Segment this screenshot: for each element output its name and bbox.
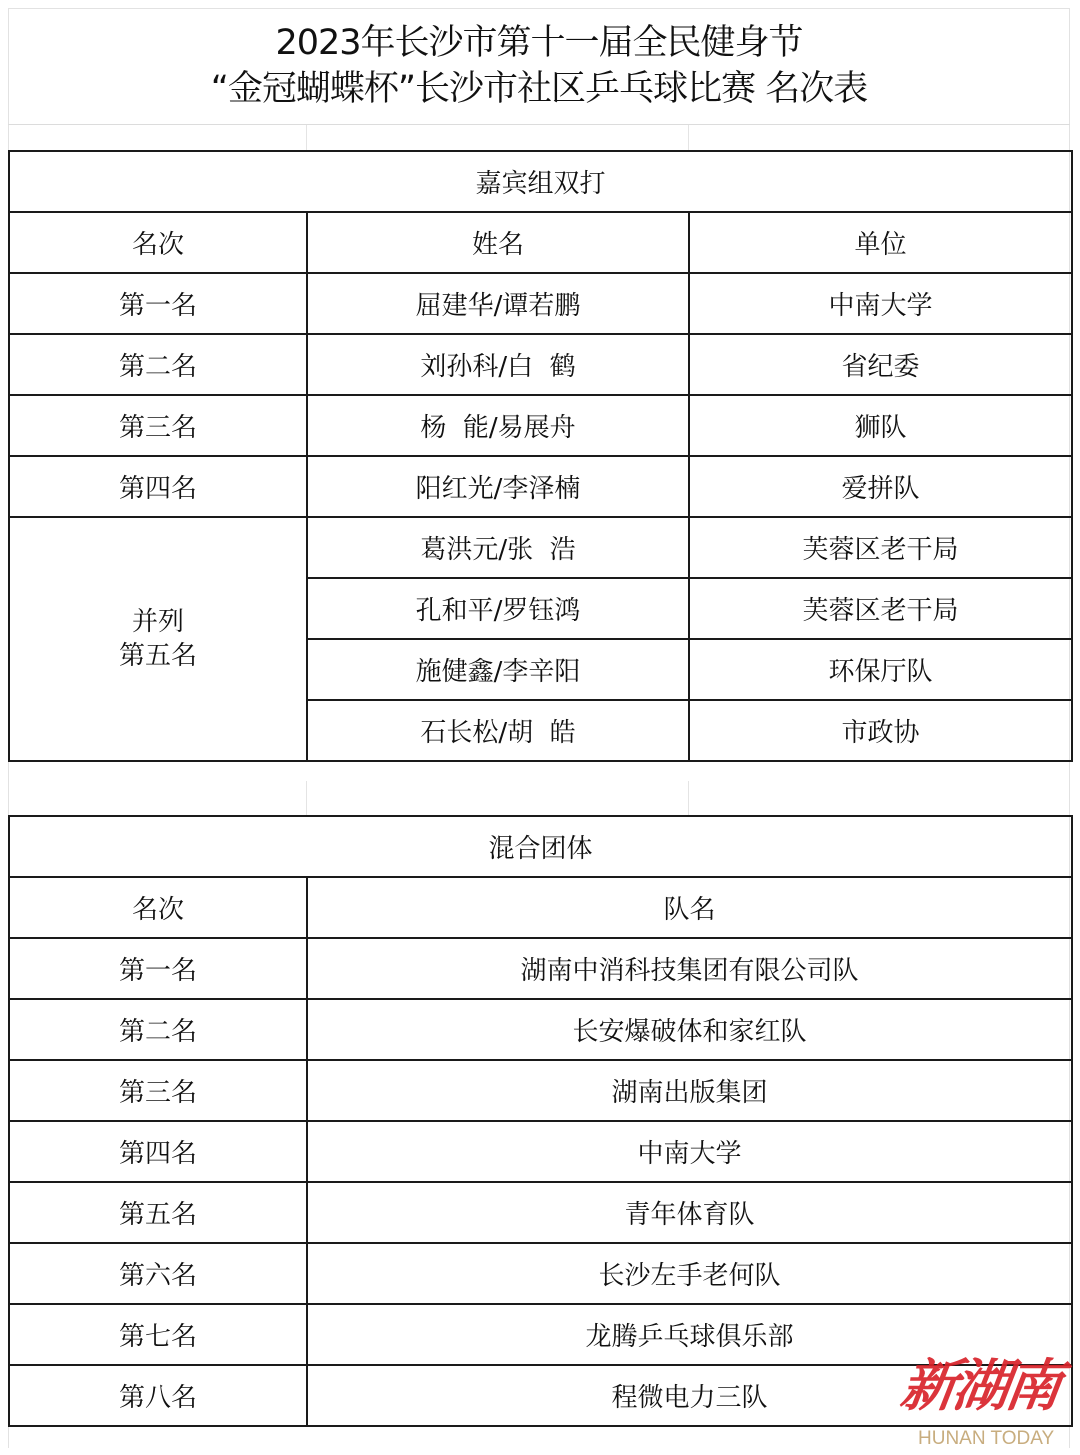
rank-cell: 第一名 xyxy=(9,938,307,999)
unit-cell: 芙蓉区老干局 xyxy=(689,578,1072,639)
spacer-row xyxy=(8,781,1070,815)
unit-cell: 爱拼队 xyxy=(689,456,1072,517)
table-row: 第三名 湖南出版集团 xyxy=(9,1060,1072,1121)
table-row: 第二名 长安爆破体和家红队 xyxy=(9,999,1072,1060)
name-cell: 刘孙科/白 鹤 xyxy=(307,334,689,395)
name-cell: 孔和平/罗钰鸿 xyxy=(307,578,689,639)
team-cell: 龙腾乒乓球俱乐部 xyxy=(307,1304,1072,1365)
tie-rank-line-2: 第五名 xyxy=(119,639,197,673)
table-row: 第一名 湖南中消科技集团有限公司队 xyxy=(9,938,1072,999)
table-row: 第八名 程微电力三队 xyxy=(9,1365,1072,1426)
name-cell: 阳红光/李泽楠 xyxy=(307,456,689,517)
unit-cell: 省纪委 xyxy=(689,334,1072,395)
table-row: 第二名 刘孙科/白 鹤 省纪委 xyxy=(9,334,1072,395)
team-column-headers: 名次 队名 xyxy=(9,877,1072,938)
doubles-table: 嘉宾组双打 名次 姓名 单位 第一名 屈建华/谭若鹏 中南大学 第二名 刘孙科/… xyxy=(8,150,1073,762)
name-cell: 石长松/胡 皓 xyxy=(307,700,689,761)
page-title: 2023年长沙市第十一届全民健身节 “金冠蝴蝶杯”长沙市社区乒乓球比赛 名次表 xyxy=(8,8,1070,125)
table-row: 第四名 阳红光/李泽楠 爱拼队 xyxy=(9,456,1072,517)
table-row: 第三名 杨 能/易展舟 狮队 xyxy=(9,395,1072,456)
team-cell: 湖南中消科技集团有限公司队 xyxy=(307,938,1072,999)
tie-rank-label: 并列 第五名 xyxy=(119,605,197,673)
table-row: 第四名 中南大学 xyxy=(9,1121,1072,1182)
unit-cell: 中南大学 xyxy=(689,273,1072,334)
unit-cell: 芙蓉区老干局 xyxy=(689,517,1072,578)
table-row: 第六名 长沙左手老何队 xyxy=(9,1243,1072,1304)
tie-rank-line-1: 并列 xyxy=(119,605,197,639)
rank-cell: 第四名 xyxy=(9,456,307,517)
rank-cell: 第三名 xyxy=(9,395,307,456)
rank-cell: 第二名 xyxy=(9,999,307,1060)
table-row: 第一名 屈建华/谭若鹏 中南大学 xyxy=(9,273,1072,334)
team-cell: 湖南出版集团 xyxy=(307,1060,1072,1121)
rank-cell: 第七名 xyxy=(9,1304,307,1365)
name-cell: 葛洪元/张 浩 xyxy=(307,517,689,578)
unit-cell: 环保厅队 xyxy=(689,639,1072,700)
header-rank: 名次 xyxy=(9,877,307,938)
doubles-section-header: 嘉宾组双打 xyxy=(9,151,1072,212)
unit-cell: 市政协 xyxy=(689,700,1072,761)
team-cell: 青年体育队 xyxy=(307,1182,1072,1243)
name-cell: 施健鑫/李辛阳 xyxy=(307,639,689,700)
header-rank: 名次 xyxy=(9,212,307,273)
name-cell: 杨 能/易展舟 xyxy=(307,395,689,456)
rank-cell: 第六名 xyxy=(9,1243,307,1304)
section-title: 嘉宾组双打 xyxy=(9,151,1072,212)
tie-rank-cell: 并列 第五名 xyxy=(9,517,307,761)
team-section-header: 混合团体 xyxy=(9,816,1072,877)
team-cell: 中南大学 xyxy=(307,1121,1072,1182)
table-row: 第七名 龙腾乒乓球俱乐部 xyxy=(9,1304,1072,1365)
name-cell: 屈建华/谭若鹏 xyxy=(307,273,689,334)
title-line-2: “金冠蝴蝶杯”长沙市社区乒乓球比赛 名次表 xyxy=(211,66,867,112)
team-table: 混合团体 名次 队名 第一名 湖南中消科技集团有限公司队 第二名 长安爆破体和家… xyxy=(8,815,1073,1427)
spacer-row xyxy=(8,125,1070,150)
table-row: 并列 第五名 葛洪元/张 浩 芙蓉区老干局 xyxy=(9,517,1072,578)
table-row: 第五名 青年体育队 xyxy=(9,1182,1072,1243)
rank-cell: 第一名 xyxy=(9,273,307,334)
section-title: 混合团体 xyxy=(9,816,1072,877)
header-name: 姓名 xyxy=(307,212,689,273)
unit-cell: 狮队 xyxy=(689,395,1072,456)
rank-cell: 第四名 xyxy=(9,1121,307,1182)
title-line-1: 2023年长沙市第十一届全民健身节 xyxy=(275,20,802,66)
rank-cell: 第八名 xyxy=(9,1365,307,1426)
rank-cell: 第二名 xyxy=(9,334,307,395)
header-team: 队名 xyxy=(307,877,1072,938)
team-cell: 长沙左手老何队 xyxy=(307,1243,1072,1304)
header-unit: 单位 xyxy=(689,212,1072,273)
team-cell: 长安爆破体和家红队 xyxy=(307,999,1072,1060)
doubles-column-headers: 名次 姓名 单位 xyxy=(9,212,1072,273)
rank-cell: 第三名 xyxy=(9,1060,307,1121)
team-cell: 程微电力三队 xyxy=(307,1365,1072,1426)
rank-cell: 第五名 xyxy=(9,1182,307,1243)
